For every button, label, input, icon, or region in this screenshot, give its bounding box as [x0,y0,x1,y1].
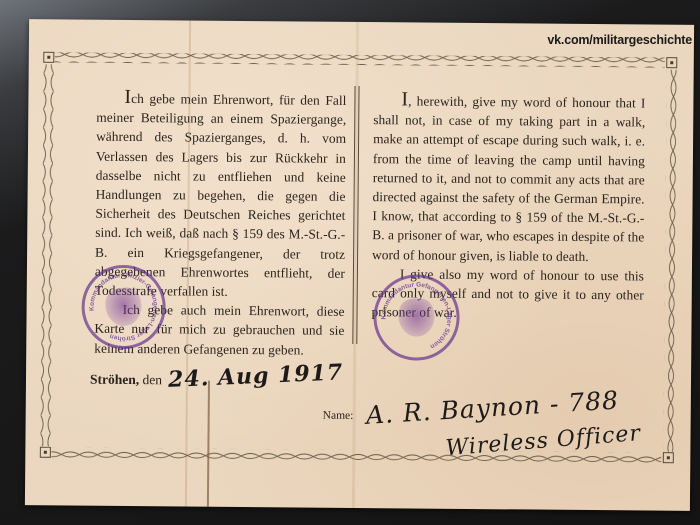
name-label: Name: [323,410,354,422]
camp-stamp-left: Kommandantur Offizier-Gefangenen-Lager S… [77,260,171,354]
place-name: Ströhen, [90,372,139,387]
english-paragraph-1: I, herewith, give my word of honour that… [372,91,645,266]
camp-stamp-right: Kommandantur Gefangenen-Lager Ströhen [371,272,462,363]
den-label: den [142,372,162,387]
place-line: Ströhen, den [90,372,162,389]
parole-card: Ich gebe mein Ehrenwort, für den Fall me… [25,19,694,511]
watermark: vk.com/militargeschichte [547,33,692,47]
